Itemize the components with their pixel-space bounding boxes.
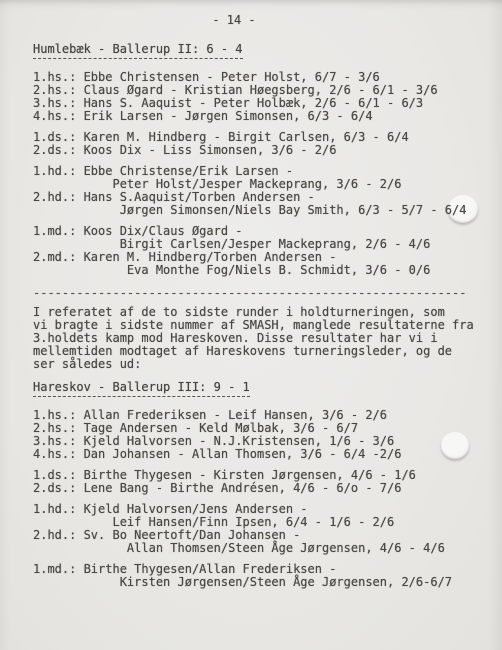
page-content: - 14 - Humlebæk - Ballerup II: 6 - 4 1.h… (33, 14, 477, 589)
section2-mixed-doubles: 1.md.: Birthe Thygesen/Allan Frederiksen… (33, 563, 477, 589)
section2-mens-doubles: 1.hd.: Kjeld Halvorsen/Jens Andersen - L… (33, 503, 477, 555)
section1-heading: Humlebæk - Ballerup II: 6 - 4 (33, 43, 243, 59)
section1-mens-doubles: 1.hd.: Ebbe Christense/Erik Larsen - Pet… (33, 165, 477, 217)
section1-mixed-doubles: 1.md.: Koos Dix/Claus Øgard - Birgit Car… (33, 225, 477, 277)
section2-mens-singles: 1.hs.: Allan Frederiksen - Leif Hansen, … (33, 409, 477, 461)
editorial-paragraph: I referatet af de to sidste runder i hol… (33, 306, 477, 371)
section2-heading: Hareskov - Ballerup III: 9 - 1 (33, 381, 250, 397)
match-line-continuation: Jørgen Simonsen/Niels Bay Smith, 6/3 - 5… (33, 204, 477, 217)
match-line-continuation: Kirsten Jørgensen/Steen Åge Jørgensen, 2… (33, 576, 477, 589)
section2-heading-row: Hareskov - Ballerup III: 9 - 1 (33, 381, 477, 397)
match-line: 2.ds.: Lene Bang - Birthe Andrésen, 4/6 … (33, 482, 477, 495)
match-line: 2.ds.: Koos Dix - Liss Simonsen, 3/6 - 2… (33, 144, 477, 157)
section2-ladies-singles: 1.ds.: Birthe Thygesen - Kirsten Jørgens… (33, 469, 477, 495)
paragraph-line: ser således ud: (33, 358, 477, 371)
match-line: 4.hs.: Erik Larsen - Jørgen Simonsen, 6/… (33, 110, 477, 123)
section1-heading-row: Humlebæk - Ballerup II: 6 - 4 (33, 43, 477, 59)
scanned-document-page: - 14 - Humlebæk - Ballerup II: 6 - 4 1.h… (0, 0, 502, 650)
match-line-continuation: Allan Thomsen/Steen Åge Jørgensen, 4/6 -… (33, 542, 477, 555)
page-number: - 14 - (33, 14, 477, 27)
section1-ladies-singles: 1.ds.: Karen M. Hindberg - Birgit Carlse… (33, 131, 477, 157)
section1-mens-singles: 1.hs.: Ebbe Christensen - Peter Holst, 6… (33, 71, 477, 123)
match-line: 4.hs.: Dan Johansen - Allan Thomsen, 3/6… (33, 448, 477, 461)
match-line-continuation: Eva Monthe Fog/Niels B. Schmidt, 3/6 - 0… (33, 264, 477, 277)
section-divider: ----------------------------------------… (33, 287, 477, 300)
